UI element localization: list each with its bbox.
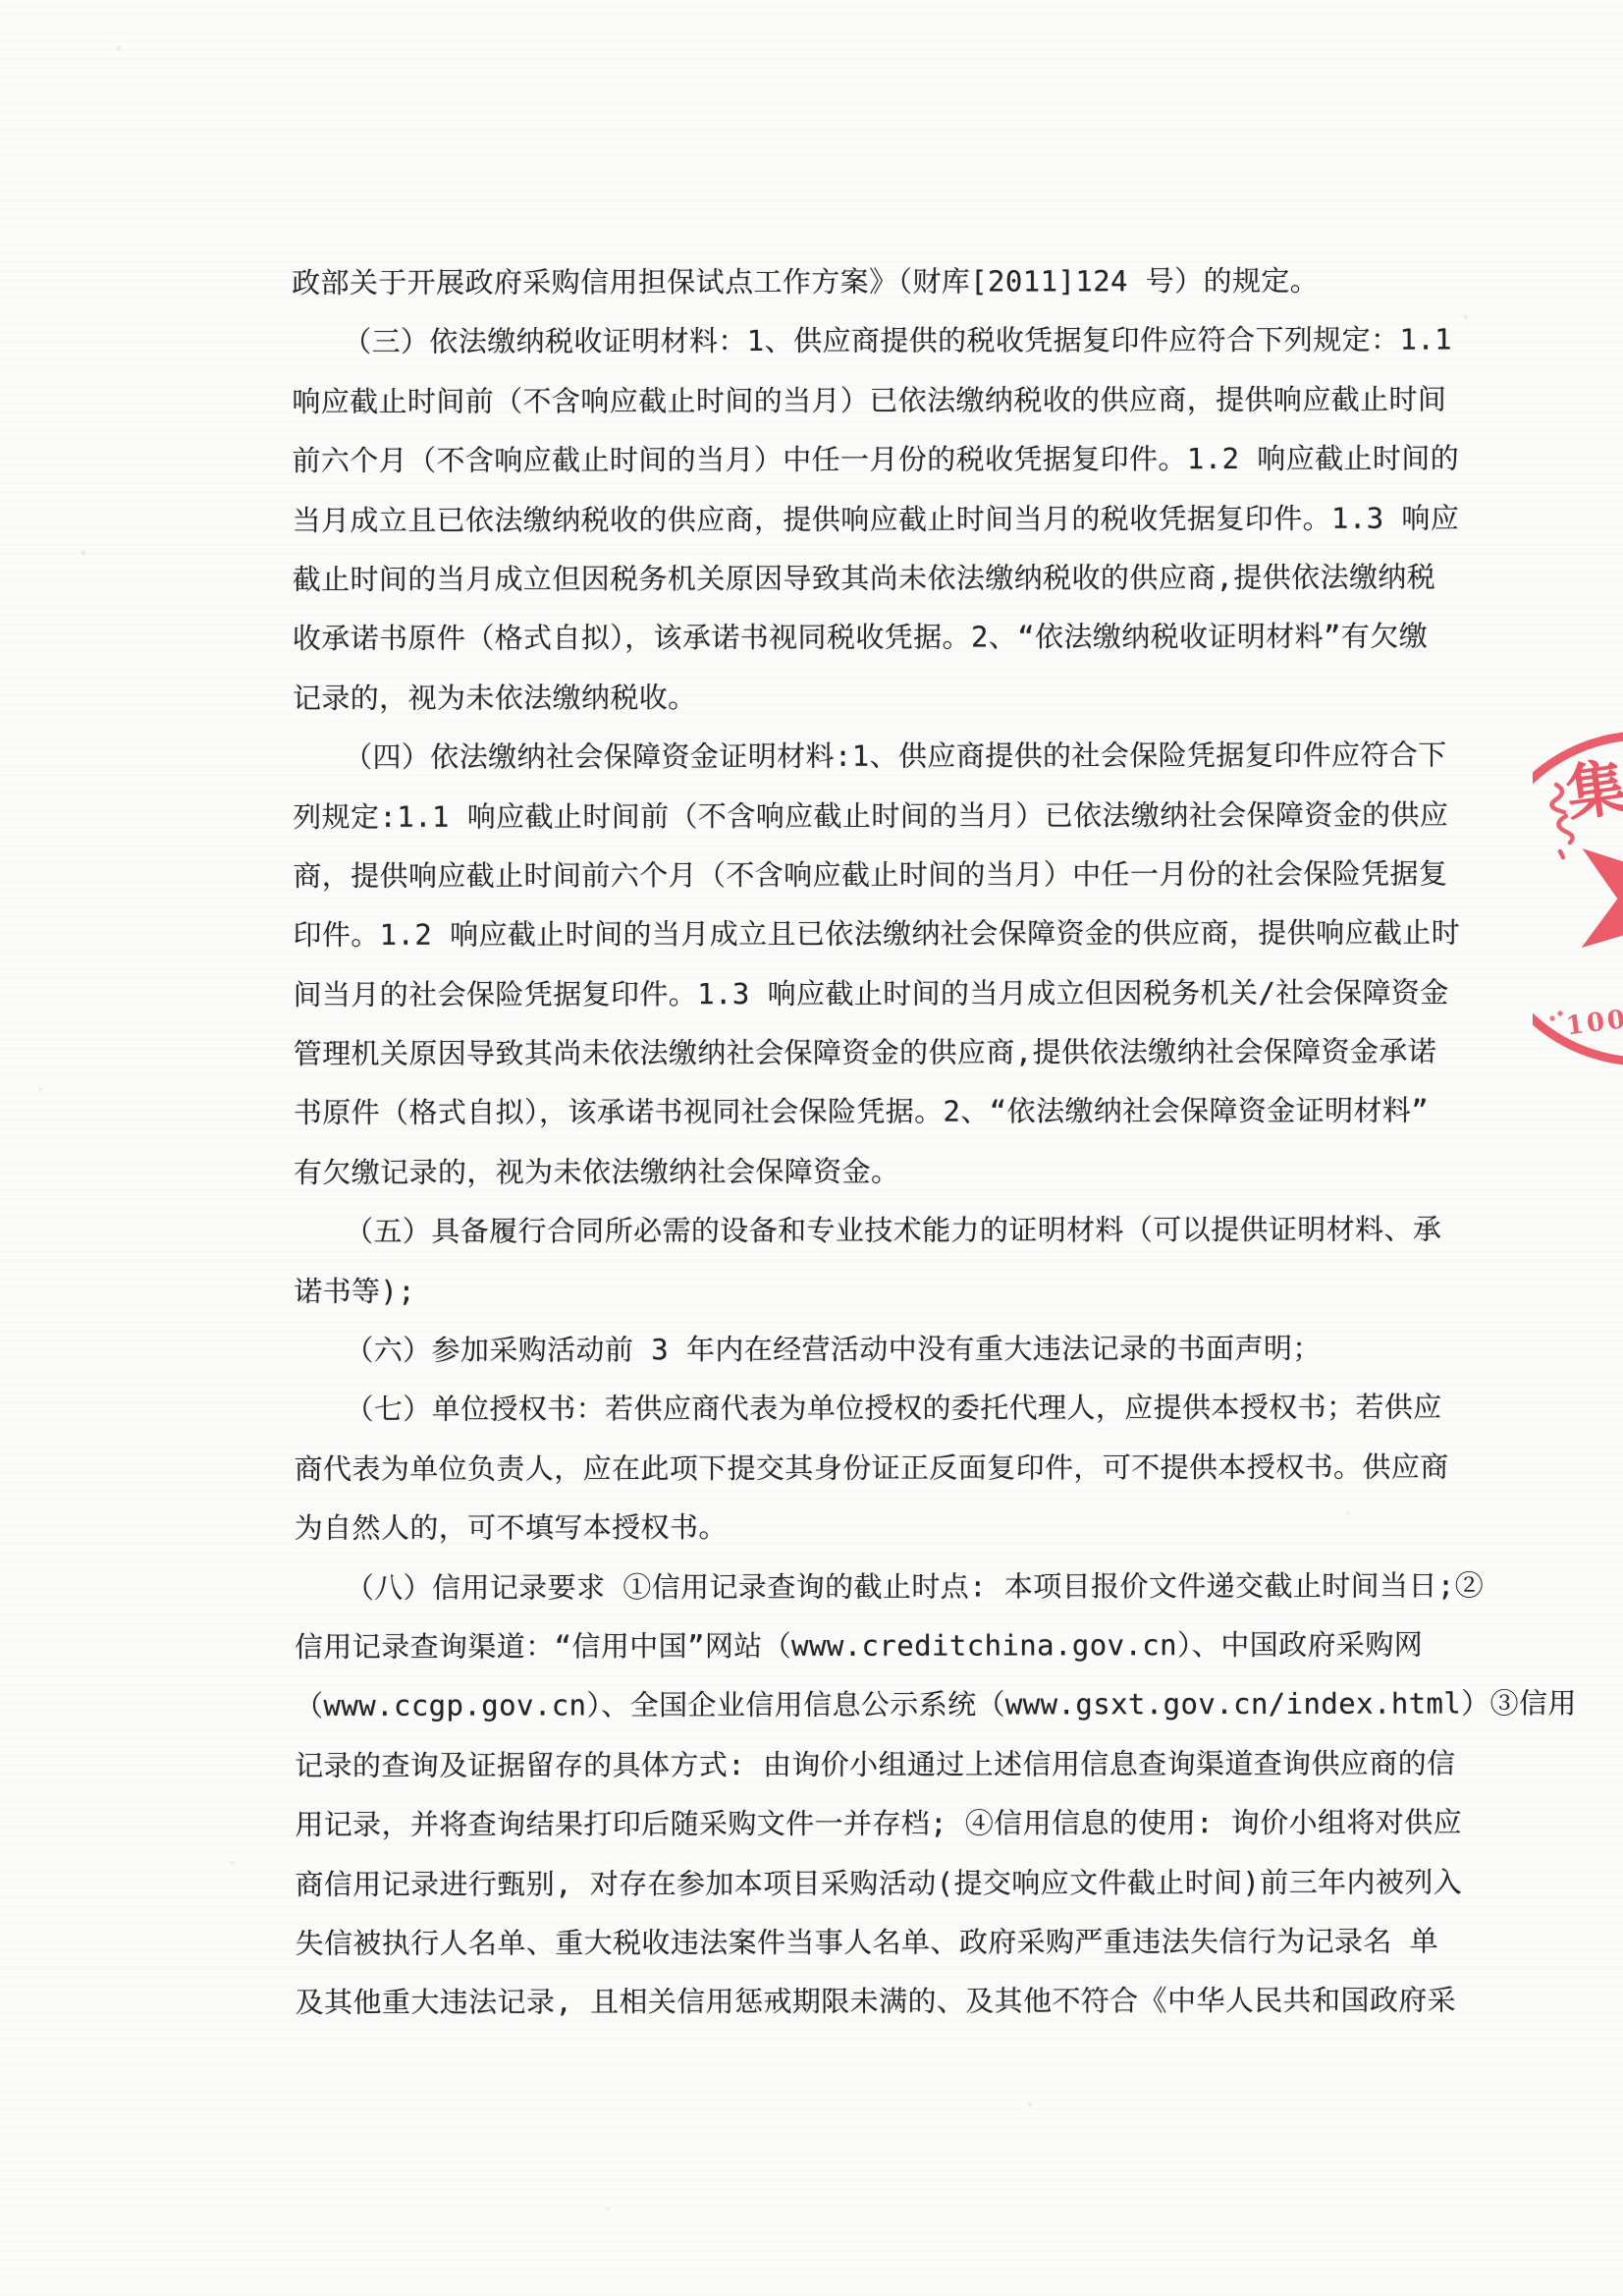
scan-noise-specks — [0, 0, 2, 2]
seal-serial-digits: 100 — [1564, 1005, 1623, 1041]
document-text-block: 政部关于开展政府采购信用担保试点工作方案》（财库[2011]124 号）的规定。… — [292, 251, 1385, 2033]
seal-serial-dot — [1549, 1015, 1554, 1020]
text-line: 诺书等); — [294, 1259, 1383, 1321]
text-line: （六）参加采购活动前 3 年内在经营活动中没有重大违法记录的书面声明； — [294, 1319, 1383, 1381]
red-seal-stamp: 集 100 — [1533, 720, 1623, 1085]
text-line: （四）依法缴纳社会保障资金证明材料:1、供应商提供的社会保险凭据复印件应符合下 — [293, 726, 1382, 788]
text-line: 印件。1.2 响应截止时间的当月成立且已依法缴纳社会保障资金的供应商，提供响应截… — [293, 903, 1382, 965]
text-line: 商代表为单位负责人，应在此项下提交其身份证正反面复印件，可不提供本授权书。供应商 — [295, 1437, 1384, 1499]
text-line: （八）信用记录要求 ①信用记录查询的截止时点: 本项目报价文件递交截止时间当日;… — [295, 1556, 1384, 1617]
text-line: 为自然人的，可不填写本授权书。 — [295, 1497, 1384, 1558]
text-line: 用记录，并将查询结果打印后随采购文件一并存档; ④信用信息的使用: 询价小组将对… — [295, 1793, 1384, 1855]
scanned-document-page: 政部关于开展政府采购信用担保试点工作方案》（财库[2011]124 号）的规定。… — [0, 0, 1623, 2296]
text-line: 列规定:1.1 响应截止时间前（不含响应截止时间的当月）已依法缴纳社会保障资金的… — [293, 785, 1382, 847]
text-line: 信用记录查询渠道：“信用中国”网站（www.creditchina.gov.cn… — [295, 1615, 1384, 1677]
text-line: 响应截止时间前（不含响应截止时间的当月）已依法缴纳税收的供应商，提供响应截止时间 — [292, 369, 1381, 431]
text-line: 当月成立且已依法缴纳税收的供应商，提供响应截止时间当月的税收凭据复印件。1.3 … — [293, 488, 1382, 550]
text-line: 记录的查询及证据留存的具体方式: 由询价小组通过上述信用信息查询渠道查询供应商的… — [295, 1733, 1384, 1795]
text-line: 收承诺书原件（格式自拟），该承诺书视同税收凭据。2、“依法缴纳税收证明材料”有欠… — [293, 607, 1382, 669]
seal-serial-dot — [1557, 1011, 1562, 1015]
text-line: 管理机关原因导致其尚未依法缴纳社会保障资金的供应商,提供依法缴纳社会保障资金承诺 — [294, 1022, 1383, 1084]
text-line: （五）具备履行合同所必需的设备和专业技术能力的证明材料（可以提供证明材料、承 — [294, 1200, 1383, 1262]
text-line: 前六个月（不含响应截止时间的当月）中任一月份的税收凭据复印件。1.2 响应截止时… — [292, 429, 1381, 491]
text-line: 失信被执行人名单、重大税收违法案件当事人名单、政府采购严重违法失信行为记录名 单 — [296, 1912, 1385, 1974]
text-line: 书原件（格式自拟），该承诺书视同社会保险凭据。2、“依法缴纳社会保障资金证明材料… — [294, 1081, 1383, 1143]
text-line: 记录的，视为未依法缴纳税收。 — [293, 666, 1382, 728]
text-line: 政部关于开展政府采购信用担保试点工作方案》（财库[2011]124 号）的规定。 — [292, 251, 1381, 313]
text-line: 商信用记录进行甄别, 对存在参加本项目采购活动(提交响应文件截止时间)前三年内被… — [295, 1852, 1384, 1914]
text-line: 及其他重大违法记录, 且相关信用惩戒期限未满的、及其他不符合《中华人民共和国政府… — [296, 1971, 1385, 2033]
text-line: 截止时间的当月成立但因税务机关原因导致其尚未依法缴纳税收的供应商,提供依法缴纳税 — [293, 548, 1382, 610]
text-line: 商，提供响应截止时间前六个月（不含响应截止时间的当月）中任一月份的社会保险凭据复 — [293, 845, 1382, 906]
text-line: （三）依法缴纳税收证明材料：1、供应商提供的税收凭据复印件应符合下列规定：1.1 — [292, 310, 1381, 372]
text-line: （七）单位授权书：若供应商代表为单位授权的委托代理人，应提供本授权书；若供应 — [294, 1378, 1383, 1440]
text-line: 间当月的社会保险凭据复印件。1.3 响应截止时间的当月成立但因税务机关/社会保障… — [294, 962, 1383, 1024]
text-line: （www.ccgp.gov.cn）、全国企业信用信息公示系统（www.gsxt.… — [295, 1674, 1384, 1736]
seal-character: 集 — [1562, 750, 1623, 830]
text-line: 有欠缴记录的，视为未依法缴纳社会保障资金。 — [294, 1141, 1383, 1203]
